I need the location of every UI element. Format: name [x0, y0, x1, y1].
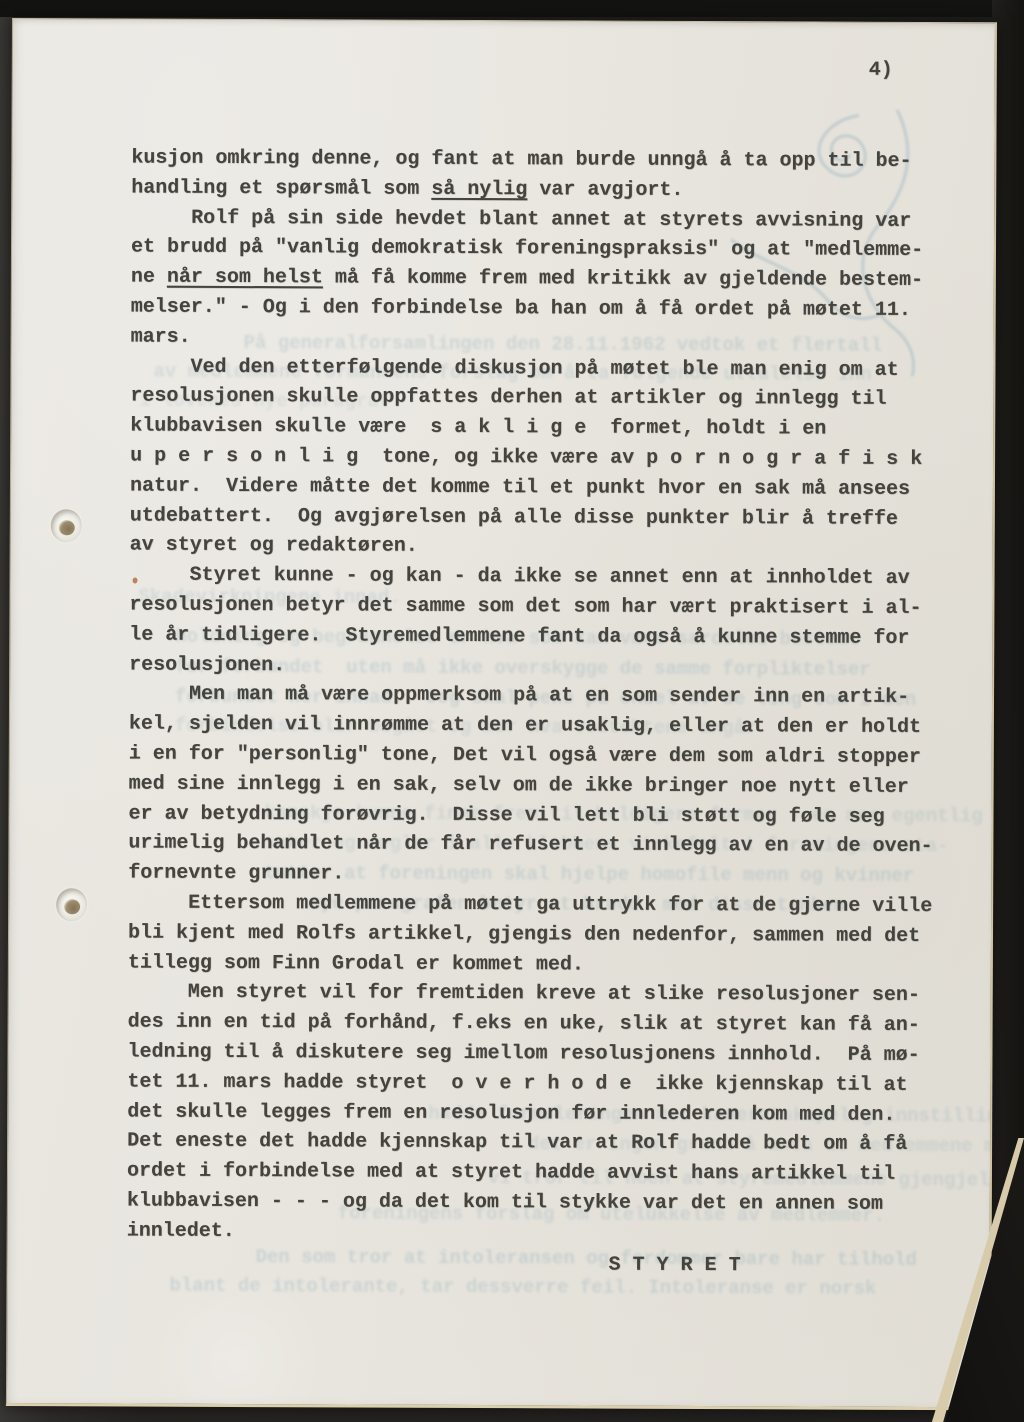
text-segment: Men man må være oppmerksom på at en som …	[129, 683, 909, 709]
text-segment: i en for "personlig" tone, Det vil også …	[129, 742, 921, 768]
text-line: u p e r s o n l i g tone, og ikke være a…	[130, 441, 934, 474]
text-line: ledning til å diskutere seg imellom reso…	[127, 1037, 931, 1070]
bleedthrough-line: blant de intolerante, tar dessverre feil…	[169, 1275, 876, 1300]
text-segment: Styret kunne - og kan - da ikke se annet…	[130, 564, 910, 590]
text-segment: ne	[131, 266, 167, 289]
text-segment: klubbavisen skulle være s a k l i g e fo…	[130, 415, 826, 441]
text-line: le år tidligere. Styremedlemmene fant da…	[129, 620, 933, 653]
text-segment: urimelig behandlet når de får refusert e…	[128, 832, 932, 859]
text-segment: Det eneste det hadde kjennskap til var a…	[127, 1130, 907, 1156]
text-segment: Ettersom medlemmene på møtet ga uttrykk …	[128, 891, 932, 918]
text-segment: er av betydning forøvrig. Disse vil lett…	[128, 802, 884, 828]
text-segment: med sine innlegg i en sak, selv om de ik…	[129, 772, 909, 798]
punch-hole-bottom	[56, 888, 87, 921]
text-segment: resolusjonen.	[129, 653, 285, 677]
text-segment: utdebattert. Og avgjørelsen på alle diss…	[130, 504, 898, 530]
text-segment: resolusjonen betyr det samme som det som…	[129, 593, 921, 619]
text-segment: le år tidligere. Styremedlemmene fant da…	[129, 623, 909, 649]
text-line: klubbavisen - - - og da det kom til styk…	[127, 1186, 931, 1219]
text-segment: av styret og redaktøren.	[130, 534, 418, 558]
text-segment: kel, sjelden vil innrømme at den er usak…	[129, 713, 921, 739]
text-segment: Ved den etterfølgende diskusjon på møtet…	[130, 355, 898, 381]
text-line: med sine innlegg i en sak, selv om de ik…	[129, 769, 933, 802]
document-page: På generalforsamlingen den 28.11.1962 ve…	[6, 18, 997, 1410]
text-line: Ettersom medlemmene på møtet ga uttrykk …	[128, 888, 932, 921]
text-segment: tillegg som Finn Grodal er kommet med.	[128, 951, 584, 976]
text-segment: Rolf på sin side hevdet blant annet at s…	[131, 206, 911, 232]
text-line: tet 11. mars hadde styret o v e r h o d …	[127, 1067, 931, 1100]
text-segment: natur. Videre måtte det komme til et pun…	[130, 474, 910, 500]
text-segment: des inn en tid på forhånd, f.eks en uke,…	[128, 1011, 920, 1037]
text-line: kusjon omkring denne, og fant at man bur…	[131, 144, 935, 177]
text-segment: et brudd på "vanlig demokratisk forening…	[131, 236, 923, 262]
text-segment: klubbavisen - - - og da det kom til styk…	[127, 1189, 883, 1215]
text-line: urimelig behandlet når de får refusert e…	[128, 829, 932, 862]
text-segment: må få komme frem med kritikk av gjeldend…	[323, 267, 923, 293]
text-line: resolusjonen betyr det samme som det som…	[129, 590, 933, 623]
text-line: ordet i forbindelse med at styret hadde …	[127, 1157, 931, 1190]
paper-speck	[133, 578, 138, 584]
punch-hole-top	[51, 509, 82, 542]
text-line: natur. Videre måtte det komme til et pun…	[130, 471, 934, 504]
text-line: Rolf på sin side hevdet blant annet at s…	[131, 203, 935, 236]
text-segment: ordet i forbindelse med at styret hadde …	[127, 1160, 895, 1186]
text-segment: u p e r s o n l i g tone, og ikke være a…	[130, 444, 922, 470]
signature-styret: S T Y R E T	[609, 1254, 741, 1278]
text-line: ne når som helst må få komme frem med kr…	[131, 263, 935, 296]
text-line: Men man må være oppmerksom på at en som …	[129, 680, 933, 713]
text-line: handling et spørsmål som så nylig var av…	[131, 173, 935, 206]
text-segment: det skulle legges frem en resolusjon før…	[127, 1100, 895, 1126]
text-line: av styret og redaktøren.	[130, 531, 934, 564]
text-line: kel, sjelden vil innrømme at den er usak…	[129, 710, 933, 743]
text-line: er av betydning forøvrig. Disse vil lett…	[128, 799, 932, 832]
text-line: Styret kunne - og kan - da ikke se annet…	[130, 561, 934, 594]
text-line: klubbavisen skulle være s a k l i g e fo…	[130, 412, 934, 445]
text-line: Det eneste det hadde kjennskap til var a…	[127, 1127, 931, 1160]
text-line: mars.	[131, 322, 935, 355]
text-line: resolusjonen skulle oppfattes derhen at …	[130, 382, 934, 415]
text-line: melser." - Og i den forbindelse ba han o…	[131, 293, 935, 326]
text-line: resolusjonen.	[129, 650, 933, 683]
text-segment: bli kjent med Rolfs artikkel, gjengis de…	[128, 921, 920, 947]
underlined-text: så nylig	[431, 178, 527, 201]
text-line: det skulle legges frem en resolusjon før…	[127, 1097, 931, 1130]
text-line: des inn en tid på forhånd, f.eks en uke,…	[128, 1008, 932, 1041]
text-line: innledet.	[127, 1216, 931, 1249]
typewritten-text: kusjon omkring denne, og fant at man bur…	[127, 144, 936, 1250]
text-line: Ved den etterfølgende diskusjon på møtet…	[130, 352, 934, 385]
text-segment: fornevnte grunner.	[128, 862, 344, 886]
text-line: tillegg som Finn Grodal er kommet med.	[128, 948, 932, 981]
underlined-text: når som helst	[167, 266, 323, 290]
text-line: utdebattert. Og avgjørelsen på alle diss…	[130, 501, 934, 534]
text-segment: kusjon omkring denne, og fant at man bur…	[131, 147, 911, 173]
scan-frame: På generalforsamlingen den 28.11.1962 ve…	[0, 0, 1024, 1422]
text-line: fornevnte grunner.	[128, 859, 932, 892]
mat-top-strip	[0, 0, 1024, 17]
text-segment: melser." - Og i den forbindelse ba han o…	[131, 296, 911, 322]
page-number: 4)	[869, 59, 893, 82]
text-segment: mars.	[131, 325, 191, 348]
text-segment: tet 11. mars hadde styret o v e r h o d …	[127, 1070, 907, 1096]
text-segment: innledet.	[127, 1219, 235, 1242]
bleedthrough-line: Den som tror at intoleransen og fordomme…	[256, 1246, 917, 1271]
text-segment: var avgjort.	[527, 178, 683, 202]
text-segment: ledning til å diskutere seg imellom reso…	[127, 1040, 919, 1066]
text-line: i en for "personlig" tone, Det vil også …	[129, 739, 933, 772]
text-segment: handling et spørsmål som	[131, 176, 431, 200]
text-segment: Men styret vil for fremtiden kreve at sl…	[128, 981, 920, 1007]
text-line: Men styret vil for fremtiden kreve at sl…	[128, 978, 932, 1011]
text-line: bli kjent med Rolfs artikkel, gjengis de…	[128, 918, 932, 951]
text-segment: resolusjonen skulle oppfattes derhen at …	[130, 385, 886, 411]
text-line: et brudd på "vanlig demokratisk forening…	[131, 233, 935, 266]
